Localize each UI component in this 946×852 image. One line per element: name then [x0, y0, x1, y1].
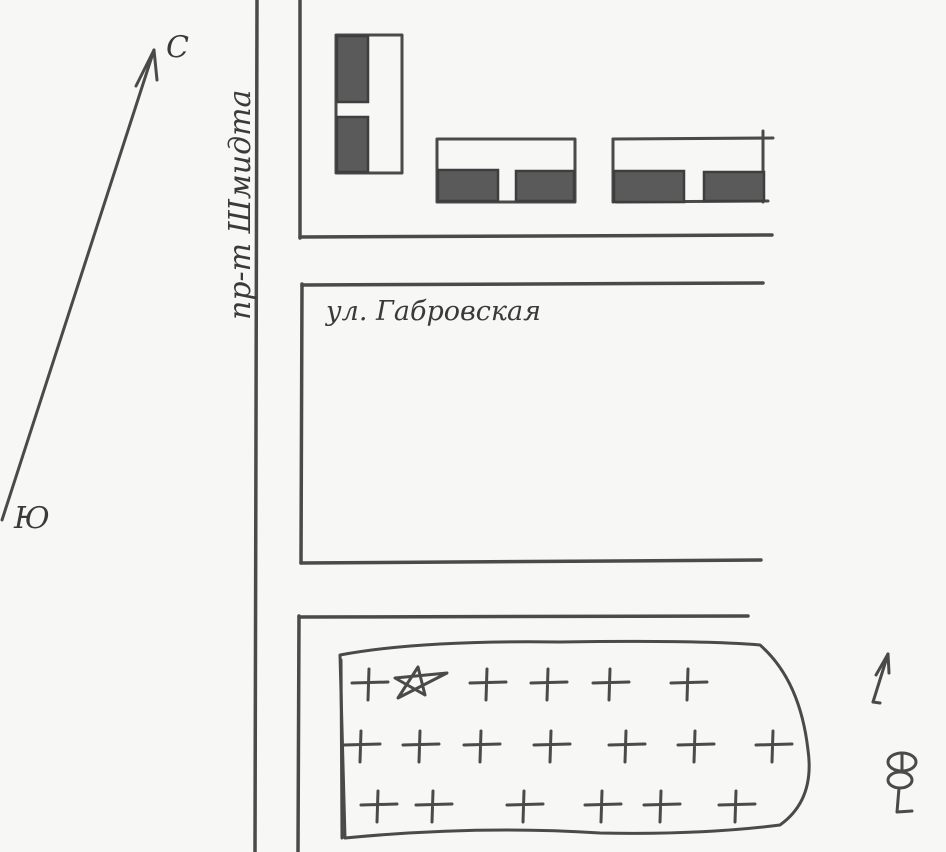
cross-icon: [593, 669, 629, 700]
cross-icon: [756, 731, 792, 762]
cross-icon: [416, 791, 452, 822]
cross-icon: [403, 731, 439, 762]
map-sketch: С Ю пр-т Шмидта ул. Габровская: [0, 0, 946, 852]
compass-south-label: Ю: [13, 501, 50, 536]
compass-arrow-icon: [2, 50, 157, 520]
cemetery-area: [340, 641, 809, 838]
compass-north-label: С: [166, 30, 189, 65]
cross-icon: [344, 731, 380, 762]
building-2: [437, 139, 575, 202]
cross-icon: [531, 669, 567, 700]
cross-icon: [464, 731, 500, 762]
cross-icon: [507, 791, 543, 822]
north-block: [300, 235, 772, 237]
main-avenue-road: [255, 0, 302, 852]
cross-icon: [534, 731, 570, 762]
direction-arrow-icon: [873, 654, 889, 703]
side-street-label: ул. Габровская: [325, 296, 541, 327]
cross-icon: [644, 791, 680, 822]
cross-icon: [671, 669, 707, 700]
main-avenue-label: пр-т Шмидта: [223, 90, 258, 320]
cross-icon: [470, 669, 506, 700]
cross-icon: [678, 731, 714, 762]
building-3: [613, 131, 773, 202]
building-1: [336, 35, 402, 173]
cross-icon: [352, 669, 388, 700]
cross-icon: [585, 791, 621, 822]
south-block: [299, 616, 748, 617]
flower-icon: [888, 753, 916, 812]
star-icon: [395, 667, 447, 698]
cross-icon: [719, 791, 755, 822]
cross-icon: [361, 791, 397, 822]
cross-icon: [609, 731, 645, 762]
